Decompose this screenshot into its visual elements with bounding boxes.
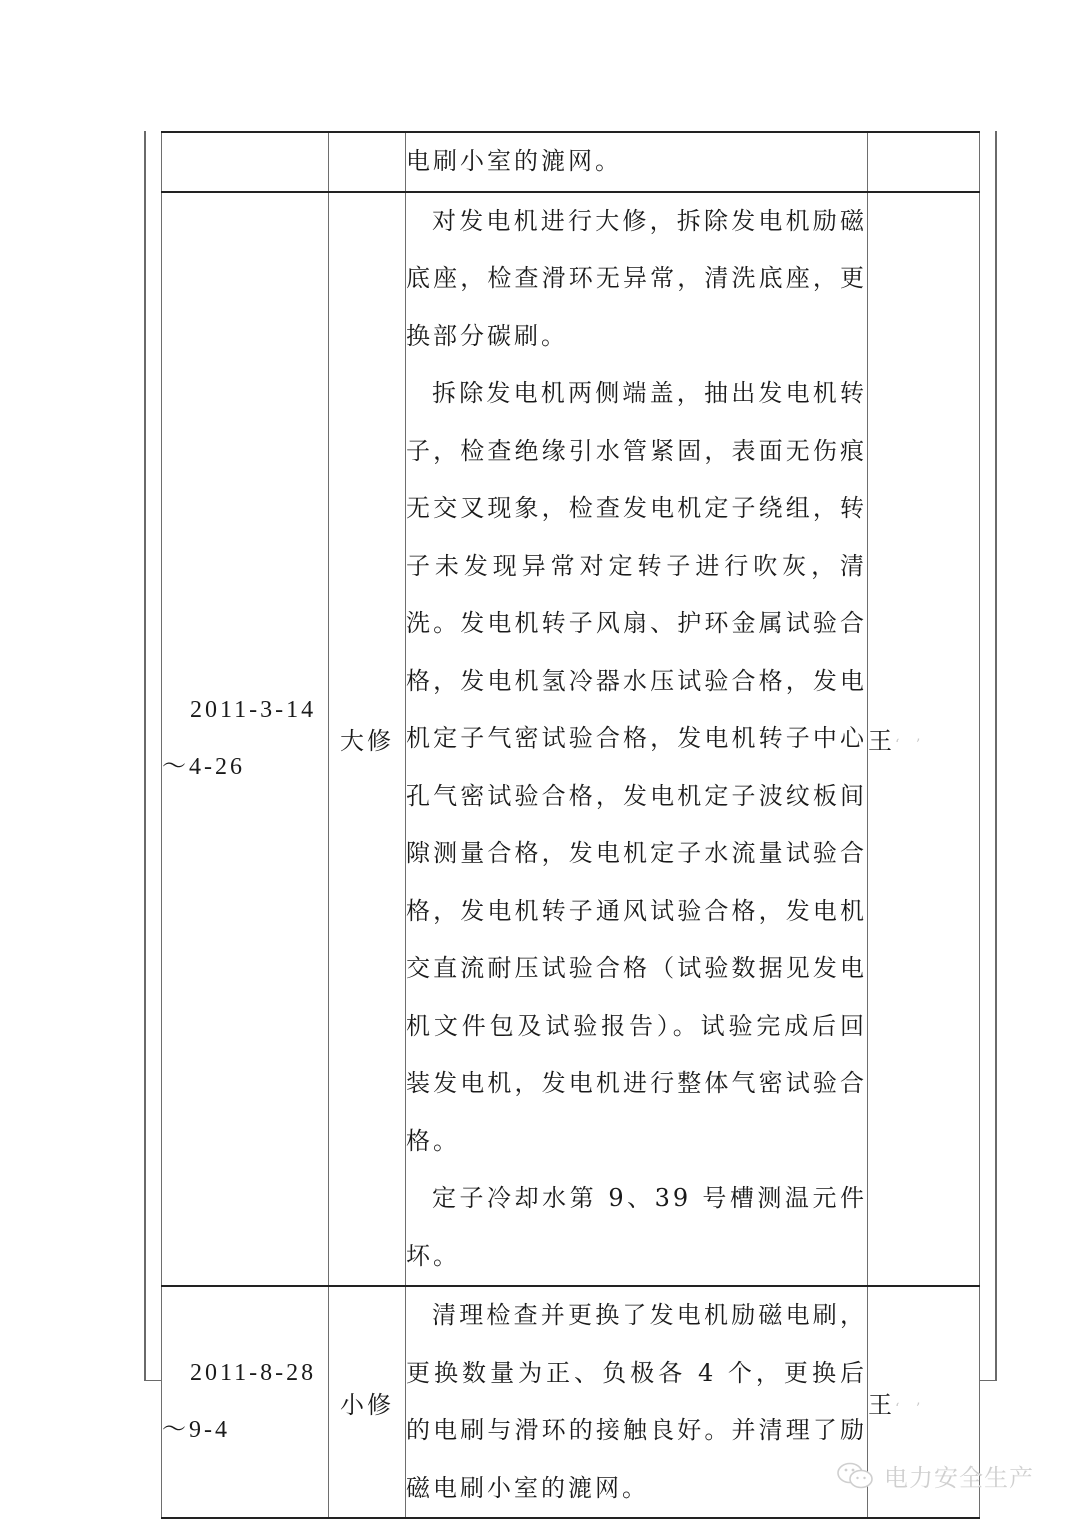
date-start: 2011-3-14 <box>162 682 328 739</box>
description-cell: 对发电机进行大修，拆除发电机励磁底座，检查滑环无异常，清洗底座，更换部分碳刷。 … <box>406 192 868 1287</box>
person-name: 王 <box>868 1391 895 1419</box>
page-frame-right <box>979 131 997 1381</box>
table-row: 2011-3-14 ～4-26 大修 对发电机进行大修，拆除发电机励磁底座，检查… <box>162 192 980 1287</box>
person-name: 王 <box>868 727 895 755</box>
page-frame-left <box>144 131 161 1381</box>
date-cell <box>162 132 329 192</box>
description-paragraph: 清理检查并更换了发电机励磁电刷，更换数量为正、负极各 4 个，更换后的电刷与滑环… <box>406 1287 867 1517</box>
date-end: ～9-4 <box>162 1402 328 1459</box>
description-cell: 清理检查并更换了发电机励磁电刷，更换数量为正、负极各 4 个，更换后的电刷与滑环… <box>406 1286 868 1518</box>
date-end: ～4-26 <box>162 739 328 796</box>
date-start: 2011-8-28 <box>162 1345 328 1402</box>
repair-type-cell: 大修 <box>329 192 406 1287</box>
repair-type-cell: 小修 <box>329 1286 406 1518</box>
responsible-person-cell: 王‘ ’ <box>868 192 980 1287</box>
responsible-person-cell <box>868 132 980 192</box>
description-paragraph: 定子冷却水第 9、39 号槽测温元件坏。 <box>406 1170 867 1285</box>
watermark-text: 电力安全生产 <box>884 1458 1034 1493</box>
watermark: 电力安全生产 <box>836 1458 1034 1493</box>
person-name-redacted: ‘ ’ <box>895 737 926 753</box>
date-cell: 2011-8-28 ～9-4 <box>162 1286 329 1518</box>
maintenance-log-table: 电刷小室的漉网。 2011-3-14 ～4-26 大修 对发电机进行大修，拆除发… <box>161 131 980 1519</box>
description-paragraph: 电刷小室的漉网。 <box>406 133 867 191</box>
description-paragraph: 拆除发电机两侧端盖，抽出发电机转子，检查绝缘引水管紧固，表面无伤痕无交叉现象，检… <box>406 365 867 1170</box>
date-cell: 2011-3-14 ～4-26 <box>162 192 329 1287</box>
person-name-redacted: ‘ ’ <box>895 1401 926 1417</box>
description-paragraph: 对发电机进行大修，拆除发电机励磁底座，检查滑环无异常，清洗底座，更换部分碳刷。 <box>406 193 867 366</box>
repair-type-cell <box>329 132 406 192</box>
table-row: 电刷小室的漉网。 <box>162 132 980 192</box>
description-cell: 电刷小室的漉网。 <box>406 132 868 192</box>
wechat-icon <box>836 1461 876 1491</box>
